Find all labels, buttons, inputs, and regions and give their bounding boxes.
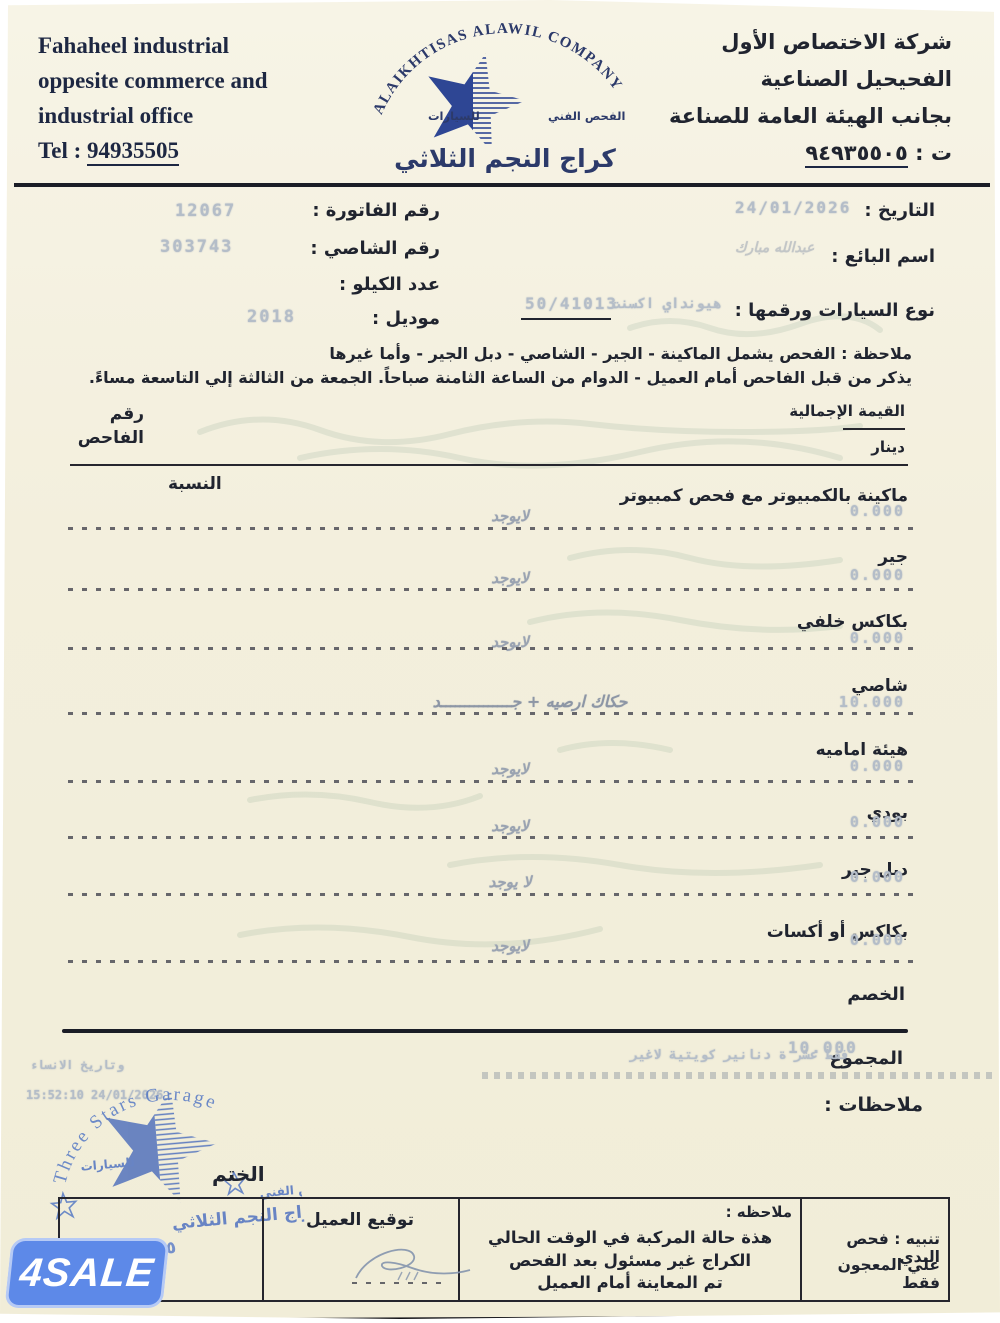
discount-label: الخصم — [847, 984, 905, 1005]
company-line-1: شركة الاختصاص الأول — [669, 24, 952, 61]
date-label: التاريخ : — [864, 200, 935, 221]
company-line-3: بجانب الهيئة العامة للصناعة — [669, 98, 952, 135]
tel-label: Tel : — [38, 138, 87, 163]
condition-note-line-1: هذة حالة المركبة في الوقت الحالي — [470, 1228, 790, 1247]
header-divider — [14, 183, 990, 187]
bottom-table-border-top — [58, 1197, 950, 1199]
table-head-divider — [70, 464, 908, 466]
chassis-label: رقم الشاصي : — [310, 238, 440, 259]
notice-line-1: ملاحظة : الفحص يشمل الماكينة - الجير - ا… — [329, 344, 912, 363]
phone-line: Tel : 94935505 — [38, 133, 268, 168]
row-note: لايوجد — [440, 569, 580, 587]
seller-label: اسم البائع : — [831, 246, 935, 267]
row-label: جير — [878, 547, 908, 567]
stamp-label: الختم — [212, 1162, 265, 1186]
row-value: 0.000 — [850, 757, 905, 775]
bottom-table-divider-1 — [262, 1197, 264, 1302]
total-divider — [62, 1029, 908, 1033]
warning-line-2: علي المعجون فقط — [808, 1256, 940, 1292]
car-type-label: نوع السيارات ورقمها : — [735, 300, 935, 321]
chassis-value: 303743 — [160, 237, 233, 257]
notes-label: ملاحظات : — [824, 1094, 923, 1116]
row-note: لايوجد — [440, 507, 580, 525]
address-line-1: Fahaheel industrial — [38, 28, 268, 63]
invoice-no-label: رقم الفاتورة : — [312, 200, 440, 221]
company-logo: ALAIKHTISAS ALAWIL COMPANY للسيارات الفح… — [345, 16, 665, 146]
row-separator — [68, 588, 913, 591]
percentage-header: النسبة — [168, 474, 222, 494]
car-number-underline — [521, 318, 611, 320]
model-label: موديل : — [372, 308, 440, 329]
row-separator — [68, 527, 913, 530]
notice-line-2: يذكر من قبل الفاحص أمام العميل - الدوام … — [89, 368, 912, 387]
row-note: لايوجد — [440, 817, 580, 835]
row-note: لايوجد — [440, 760, 580, 778]
invoice-no-value: 12067 — [175, 201, 236, 221]
row-value: 0.000 — [850, 566, 905, 584]
phone-number-ar: ٩٤٩٣٥٥٠٥ — [805, 141, 908, 168]
header-company-ar: شركة الاختصاص الأول الفحيحيل الصناعية بج… — [669, 24, 952, 172]
condition-note-line-3: تم المعاينة أمام العميل — [470, 1273, 790, 1292]
date-value: 24/01/2026 — [735, 198, 851, 217]
row-value: 0.000 — [850, 502, 905, 520]
total-value-header-underline — [843, 428, 905, 430]
row-separator — [68, 960, 913, 963]
row-value: 0.000 — [850, 813, 905, 831]
row-note: حكاك ارصيه + جـــــــــــــــد — [330, 692, 730, 711]
customer-signature — [338, 1240, 478, 1295]
row-value: 10.000 — [839, 693, 905, 711]
bottom-table-divider-3 — [800, 1197, 802, 1302]
header-address-en: Fahaheel industrial oppesite commerce an… — [38, 28, 268, 168]
currency-header: دينار — [871, 438, 905, 456]
photo-bottom-edge — [25, 1315, 984, 1323]
row-separator — [68, 647, 913, 650]
car-number-value: 50/41013 — [525, 294, 618, 313]
seller-value: عبدالله مبارك — [735, 240, 814, 256]
tel-number: 94935505 — [87, 138, 179, 166]
logo-garage-name: كراج النجم الثلاثي — [385, 144, 625, 173]
logo-right-text: الفحص الفني — [548, 109, 625, 123]
row-value: 0.000 — [850, 629, 905, 647]
bottom-table-border-bottom — [58, 1300, 950, 1302]
machine-microtext-line — [482, 1072, 997, 1079]
signature-dotted-line — [352, 1282, 448, 1284]
model-value: 2018 — [247, 307, 296, 327]
condition-note-line-2: الكراج غير مسئول بعد الفحص — [470, 1251, 790, 1270]
scanned-invoice-document: Fahaheel industrial oppesite commerce an… — [0, 0, 1000, 1323]
4sale-watermark: 4SALE — [4, 1238, 169, 1308]
kilometers-label: عدد الكيلو : — [339, 274, 440, 295]
customer-signature-label: توقيع العميل — [272, 1210, 448, 1230]
logo-left-text: للسيارات — [428, 109, 480, 123]
address-line-3: industrial office — [38, 98, 268, 133]
phone-label-ar: ت : — [908, 141, 952, 165]
company-phone-line: ت : ٩٤٩٣٥٥٠٥ — [669, 135, 952, 172]
condition-note-title: ملاحظه : — [700, 1203, 792, 1221]
address-line-2: oppesite commerce and — [38, 63, 268, 98]
row-separator — [68, 780, 913, 783]
bottom-table-border-right — [948, 1197, 950, 1302]
row-separator — [68, 712, 913, 715]
row-note: لا يوجد — [440, 873, 580, 891]
car-type-value: هيونداي اكسنت — [612, 296, 722, 312]
row-note: لايوجد — [440, 937, 580, 955]
row-value: 0.000 — [850, 931, 905, 949]
row-separator — [68, 893, 913, 896]
total-value-header: القيمة الإجمالية — [789, 402, 905, 420]
row-separator — [68, 836, 913, 839]
total-in-words: فقط عشر ة دنانير كويتية لاغير — [630, 1048, 849, 1063]
examiner-no-header: رقم الفاحص — [72, 402, 144, 450]
row-value: 0.000 — [850, 868, 905, 886]
company-line-2: الفحيحيل الصناعية — [669, 61, 952, 98]
